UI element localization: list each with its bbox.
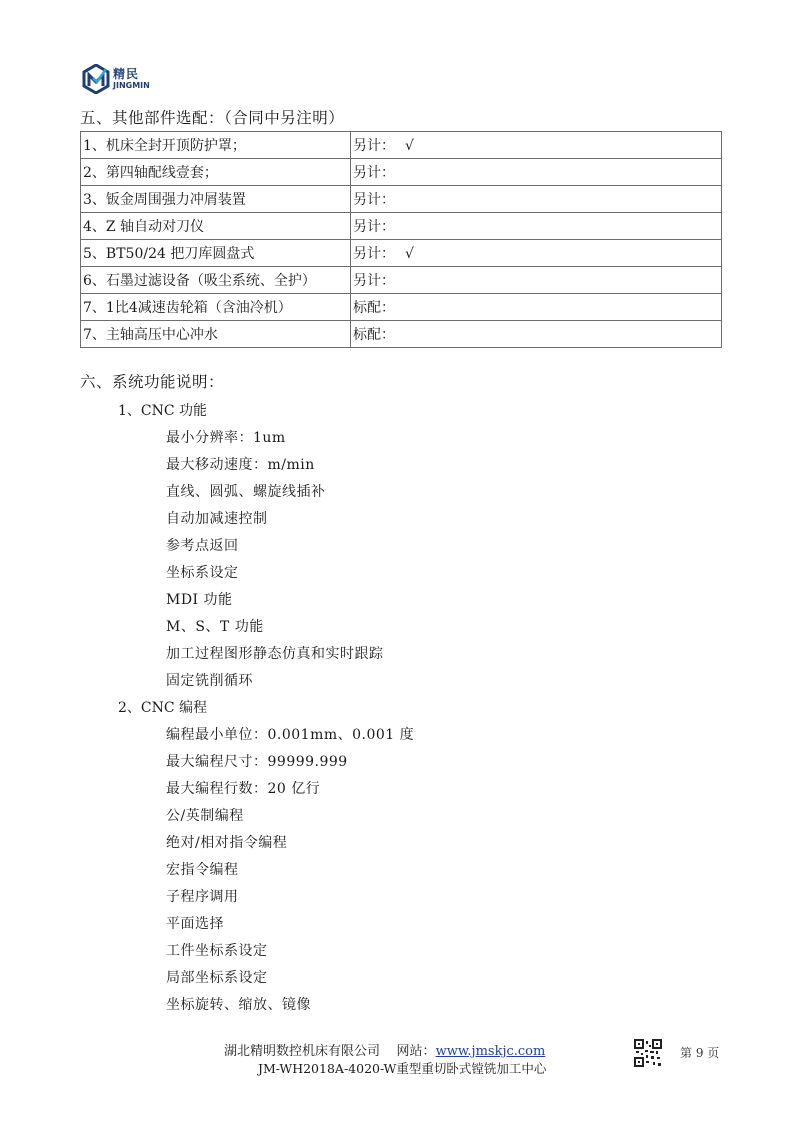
option-status: 另计： (351, 267, 722, 294)
website-link[interactable]: www.jmskjc.com (436, 1044, 546, 1059)
list-item: 加工过程图形静态仿真和实时跟踪 (166, 643, 384, 663)
option-item: 7、1比4减速齿轮箱（含油冷机） (81, 294, 351, 321)
option-status: 另计： (351, 186, 722, 213)
check-mark-icon: √ (405, 246, 414, 262)
list-item: 坐标系设定 (166, 562, 239, 582)
table-row: 3、钣金周围强力冲屑装置 另计： (81, 186, 722, 213)
footer-company-line: 湖北精明数控机床有限公司 网站：www.jmskjc.com (224, 1040, 545, 1059)
list-item: 绝对/相对指令编程 (166, 832, 287, 852)
list-item: 宏指令编程 (166, 859, 239, 879)
option-status: 另计： (351, 159, 722, 186)
logo-en-text: JINGMIN (113, 82, 150, 90)
option-item: 1、机床全封开顶防护罩； (81, 132, 351, 159)
list-item: 公/英制编程 (166, 805, 244, 825)
list-item: 固定铣削循环 (166, 670, 253, 690)
option-item: 2、第四轴配线壹套； (81, 159, 351, 186)
list-item: 参考点返回 (166, 535, 239, 555)
list-item: 最大编程尺寸：99999.999 (166, 751, 348, 771)
list-item: 子程序调用 (166, 886, 239, 906)
table-row: 7、1比4减速齿轮箱（含油冷机） 标配： (81, 294, 722, 321)
table-row: 5、BT50/24 把刀库圆盘式 另计：√ (81, 240, 722, 267)
option-status: 另计：√ (351, 132, 722, 159)
option-status: 标配： (351, 321, 722, 348)
list-item: 最大移动速度：m/min (166, 454, 315, 474)
table-row: 4、Z 轴自动对刀仪 另计： (81, 213, 722, 240)
table-row: 2、第四轴配线壹套； 另计： (81, 159, 722, 186)
list-item: M、S、T 功能 (166, 616, 264, 636)
table-row: 1、机床全封开顶防护罩； 另计：√ (81, 132, 722, 159)
list-item: 平面选择 (166, 913, 224, 933)
footer-company: 湖北精明数控机床有限公司 (224, 1044, 380, 1059)
footer-website-label: 网站： (397, 1044, 436, 1059)
option-status: 另计： (351, 213, 722, 240)
table-row: 6、石墨过滤设备（吸尘系统、全护） 另计： (81, 267, 722, 294)
option-item: 3、钣金周围强力冲屑装置 (81, 186, 351, 213)
option-item: 6、石墨过滤设备（吸尘系统、全护） (81, 267, 351, 294)
option-status: 另计：√ (351, 240, 722, 267)
list-item: 最小分辨率：1um (166, 427, 286, 447)
options-table: 1、机床全封开顶防护罩； 另计：√ 2、第四轴配线壹套； 另计： 3、钣金周围强… (80, 131, 722, 348)
check-mark-icon: √ (405, 138, 414, 154)
list-item: 坐标旋转、缩放、镜像 (166, 994, 311, 1014)
section5-title: 五、其他部件选配：（合同中另注明） (80, 106, 344, 128)
section6-title: 六、系统功能说明： (80, 370, 224, 392)
qr-code-icon (634, 1039, 662, 1067)
group-title-cnc-programming: 2、CNC 编程 (118, 697, 207, 717)
list-item: 最大编程行数：20 亿行 (166, 778, 320, 798)
page-number: 第 9 页 (680, 1044, 719, 1061)
list-item: 编程最小单位：0.001mm、0.001 度 (166, 724, 414, 744)
option-item: 4、Z 轴自动对刀仪 (81, 213, 351, 240)
list-item: 自动加减速控制 (166, 508, 268, 528)
list-item: 直线、圆弧、螺旋线插补 (166, 481, 326, 501)
footer-model: JM-WH2018A-4020-W重型重切卧式镗铣加工中心 (258, 1059, 546, 1077)
table-row: 7、主轴高压中心冲水 标配： (81, 321, 722, 348)
option-status: 标配： (351, 294, 722, 321)
group-title-cnc-functions: 1、CNC 功能 (118, 400, 207, 420)
option-item: 7、主轴高压中心冲水 (81, 321, 351, 348)
list-item: 局部坐标系设定 (166, 967, 268, 987)
jingmin-logo-icon (82, 64, 110, 94)
option-item: 5、BT50/24 把刀库圆盘式 (81, 240, 351, 267)
list-item: MDI 功能 (166, 589, 233, 609)
list-item: 工件坐标系设定 (166, 940, 268, 960)
company-logo: 精民 JINGMIN (82, 64, 150, 94)
logo-cn-text: 精民 (113, 68, 150, 80)
